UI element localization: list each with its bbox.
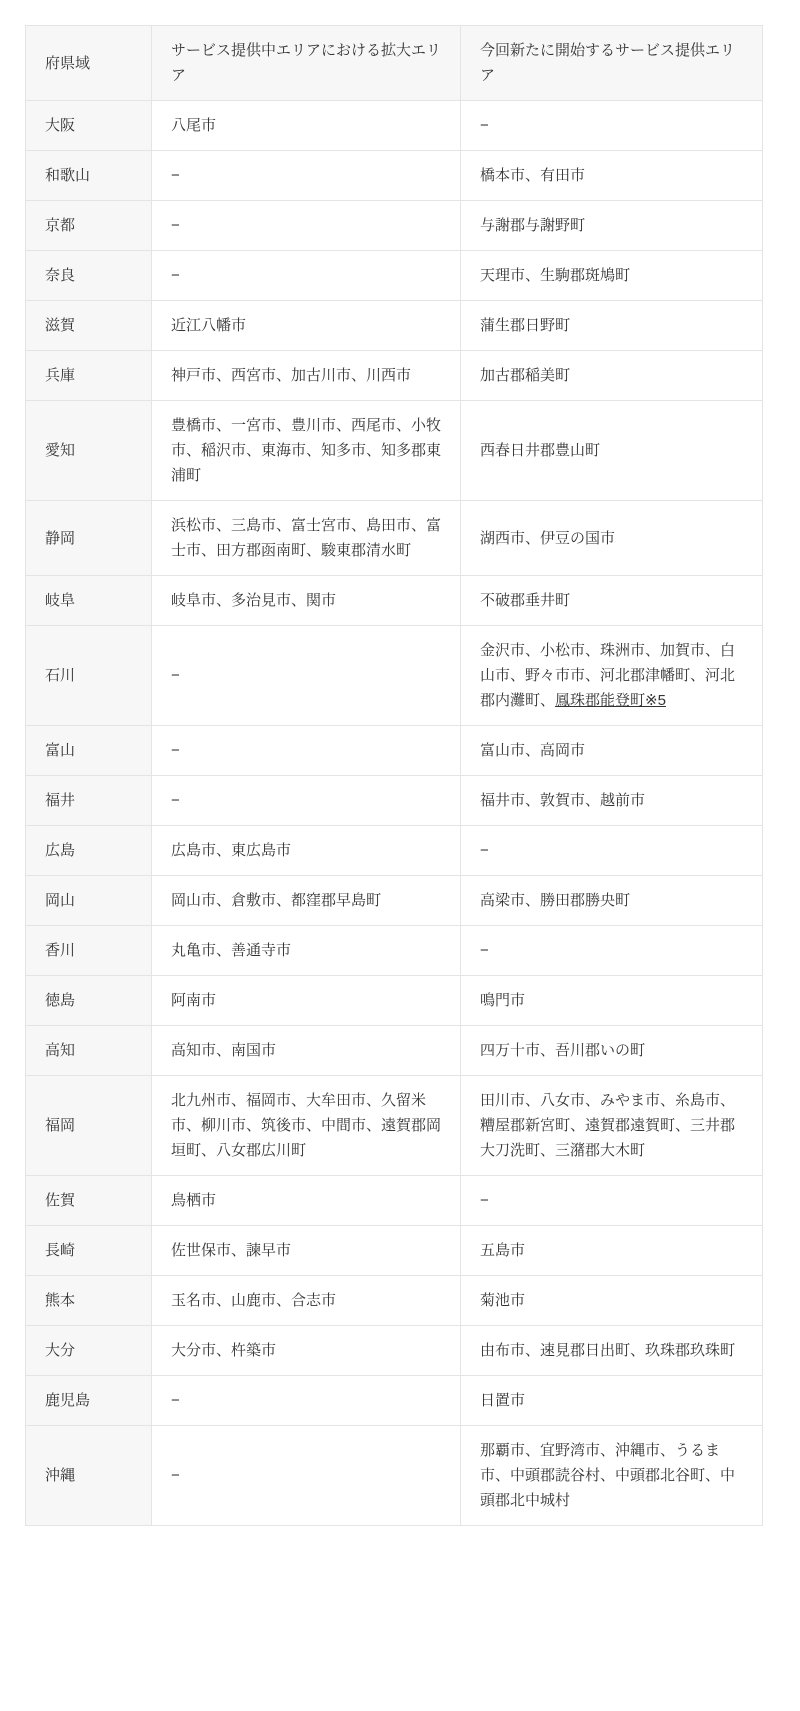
table-row: 富山−富山市、高岡市 bbox=[26, 726, 763, 776]
new-area-text: 天理市、生駒郡斑鳩町 bbox=[480, 267, 630, 284]
expansion-area-cell: 玉名市、山鹿市、合志市 bbox=[152, 1276, 461, 1326]
expansion-area-text: 八尾市 bbox=[171, 117, 216, 134]
new-area-text: 西春日井郡豊山町 bbox=[480, 442, 600, 459]
expansion-area-cell: − bbox=[152, 776, 461, 826]
expansion-area-text: 豊橋市、一宮市、豊川市、西尾市、小牧市、稲沢市、東海市、知多市、知多郡東浦町 bbox=[171, 417, 441, 484]
header-new-area: 今回新たに開始するサービス提供エリア bbox=[461, 26, 763, 101]
header-expansion-area: サービス提供中エリアにおける拡大エリア bbox=[152, 26, 461, 101]
expansion-area-text: 神戸市、西宮市、加古川市、川西市 bbox=[171, 367, 411, 384]
expansion-area-cell: − bbox=[152, 1426, 461, 1526]
expansion-area-cell: 八尾市 bbox=[152, 101, 461, 151]
new-area-cell: − bbox=[461, 926, 763, 976]
new-area-cell: 四万十市、吾川郡いの町 bbox=[461, 1026, 763, 1076]
new-area-text: 与謝郡与謝野町 bbox=[480, 217, 585, 234]
prefecture-cell: 高知 bbox=[26, 1026, 152, 1076]
expansion-area-cell: − bbox=[152, 1376, 461, 1426]
expansion-area-text: 近江八幡市 bbox=[171, 317, 246, 334]
expansion-area-cell: − bbox=[152, 201, 461, 251]
expansion-area-text: 大分市、杵築市 bbox=[171, 1342, 276, 1359]
expansion-area-cell: 大分市、杵築市 bbox=[152, 1326, 461, 1376]
header-row: 府県域 サービス提供中エリアにおける拡大エリア 今回新たに開始するサービス提供エ… bbox=[26, 26, 763, 101]
new-area-cell: 加古郡稲美町 bbox=[461, 351, 763, 401]
new-area-text: 鳴門市 bbox=[480, 992, 525, 1009]
prefecture-cell: 岡山 bbox=[26, 876, 152, 926]
prefecture-cell: 岐阜 bbox=[26, 576, 152, 626]
table-row: 奈良−天理市、生駒郡斑鳩町 bbox=[26, 251, 763, 301]
new-area-text: 日置市 bbox=[480, 1392, 525, 1409]
new-area-cell: 湖西市、伊豆の国市 bbox=[461, 501, 763, 576]
new-area-cell: 高梁市、勝田郡勝央町 bbox=[461, 876, 763, 926]
prefecture-cell: 和歌山 bbox=[26, 151, 152, 201]
expansion-area-text: 広島市、東広島市 bbox=[171, 842, 291, 859]
table-row: 大阪八尾市− bbox=[26, 101, 763, 151]
prefecture-cell: 福岡 bbox=[26, 1076, 152, 1176]
expansion-area-cell: 近江八幡市 bbox=[152, 301, 461, 351]
prefecture-cell: 静岡 bbox=[26, 501, 152, 576]
new-area-text: 湖西市、伊豆の国市 bbox=[480, 530, 615, 547]
expansion-area-cell: 豊橋市、一宮市、豊川市、西尾市、小牧市、稲沢市、東海市、知多市、知多郡東浦町 bbox=[152, 401, 461, 501]
prefecture-cell: 大阪 bbox=[26, 101, 152, 151]
new-area-cell: 天理市、生駒郡斑鳩町 bbox=[461, 251, 763, 301]
new-area-cell: 由布市、速見郡日出町、玖珠郡玖珠町 bbox=[461, 1326, 763, 1376]
prefecture-label: 滋賀 bbox=[45, 317, 75, 334]
new-area-cell: 菊池市 bbox=[461, 1276, 763, 1326]
expansion-area-text: − bbox=[171, 217, 180, 234]
table-row: 香川丸亀市、善通寺市− bbox=[26, 926, 763, 976]
prefecture-label: 高知 bbox=[45, 1042, 75, 1059]
prefecture-label: 熊本 bbox=[45, 1292, 75, 1309]
table-row: 沖縄−那覇市、宜野湾市、沖縄市、うるま市、中頭郡読谷村、中頭郡北谷町、中頭郡北中… bbox=[26, 1426, 763, 1526]
new-area-text: 高梁市、勝田郡勝央町 bbox=[480, 892, 630, 909]
new-area-cell: 那覇市、宜野湾市、沖縄市、うるま市、中頭郡読谷村、中頭郡北谷町、中頭郡北中城村 bbox=[461, 1426, 763, 1526]
prefecture-label: 岐阜 bbox=[45, 592, 75, 609]
new-area-cell: 橋本市、有田市 bbox=[461, 151, 763, 201]
prefecture-cell: 沖縄 bbox=[26, 1426, 152, 1526]
table-row: 大分大分市、杵築市由布市、速見郡日出町、玖珠郡玖珠町 bbox=[26, 1326, 763, 1376]
new-area-text: 橋本市、有田市 bbox=[480, 167, 585, 184]
new-area-cell: 日置市 bbox=[461, 1376, 763, 1426]
expansion-area-cell: 高知市、南国市 bbox=[152, 1026, 461, 1076]
table-row: 兵庫神戸市、西宮市、加古川市、川西市加古郡稲美町 bbox=[26, 351, 763, 401]
expansion-area-text: 高知市、南国市 bbox=[171, 1042, 276, 1059]
new-area-text: 菊池市 bbox=[480, 1292, 525, 1309]
expansion-area-text: 佐世保市、諫早市 bbox=[171, 1242, 291, 1259]
new-area-text: 田川市、八女市、みやま市、糸島市、糟屋郡新宮町、遠賀郡遠賀町、三井郡大刀洗町、三… bbox=[480, 1092, 735, 1159]
new-area-text: − bbox=[480, 842, 489, 859]
expansion-area-text: − bbox=[171, 742, 180, 759]
prefecture-label: 愛知 bbox=[45, 442, 75, 459]
prefecture-label: 大阪 bbox=[45, 117, 75, 134]
prefecture-cell: 京都 bbox=[26, 201, 152, 251]
prefecture-cell: 愛知 bbox=[26, 401, 152, 501]
prefecture-label: 香川 bbox=[45, 942, 75, 959]
footnote-link[interactable]: 鳳珠郡能登町※5 bbox=[555, 692, 666, 709]
prefecture-cell: 徳島 bbox=[26, 976, 152, 1026]
expansion-area-text: − bbox=[171, 1392, 180, 1409]
expansion-area-text: 玉名市、山鹿市、合志市 bbox=[171, 1292, 336, 1309]
prefecture-label: 佐賀 bbox=[45, 1192, 75, 1209]
new-area-cell: 福井市、敦賀市、越前市 bbox=[461, 776, 763, 826]
prefecture-cell: 香川 bbox=[26, 926, 152, 976]
table-row: 石川−金沢市、小松市、珠洲市、加賀市、白山市、野々市市、河北郡津幡町、河北郡内灘… bbox=[26, 626, 763, 726]
table-row: 京都−与謝郡与謝野町 bbox=[26, 201, 763, 251]
table-row: 高知高知市、南国市四万十市、吾川郡いの町 bbox=[26, 1026, 763, 1076]
new-area-text: 富山市、高岡市 bbox=[480, 742, 585, 759]
table-header: 府県域 サービス提供中エリアにおける拡大エリア 今回新たに開始するサービス提供エ… bbox=[26, 26, 763, 101]
prefecture-cell: 滋賀 bbox=[26, 301, 152, 351]
prefecture-label: 和歌山 bbox=[45, 167, 90, 184]
expansion-area-cell: 広島市、東広島市 bbox=[152, 826, 461, 876]
prefecture-label: 富山 bbox=[45, 742, 75, 759]
prefecture-label: 岡山 bbox=[45, 892, 75, 909]
new-area-text: 福井市、敦賀市、越前市 bbox=[480, 792, 645, 809]
new-area-text: 五島市 bbox=[480, 1242, 525, 1259]
expansion-area-cell: − bbox=[152, 626, 461, 726]
header-prefecture: 府県域 bbox=[26, 26, 152, 101]
new-area-text: 四万十市、吾川郡いの町 bbox=[480, 1042, 645, 1059]
new-area-cell: − bbox=[461, 101, 763, 151]
new-area-cell: 金沢市、小松市、珠洲市、加賀市、白山市、野々市市、河北郡津幡町、河北郡内灘町、鳳… bbox=[461, 626, 763, 726]
expansion-area-text: − bbox=[171, 1467, 180, 1484]
table-row: 和歌山−橋本市、有田市 bbox=[26, 151, 763, 201]
new-area-text: − bbox=[480, 117, 489, 134]
new-area-text: 蒲生郡日野町 bbox=[480, 317, 570, 334]
prefecture-label: 福井 bbox=[45, 792, 75, 809]
new-area-cell: − bbox=[461, 826, 763, 876]
new-area-cell: − bbox=[461, 1176, 763, 1226]
expansion-area-cell: 北九州市、福岡市、大牟田市、久留米市、柳川市、筑後市、中間市、遠賀郡岡垣町、八女… bbox=[152, 1076, 461, 1176]
prefecture-cell: 鹿児島 bbox=[26, 1376, 152, 1426]
table-row: 広島広島市、東広島市− bbox=[26, 826, 763, 876]
table-row: 福岡北九州市、福岡市、大牟田市、久留米市、柳川市、筑後市、中間市、遠賀郡岡垣町、… bbox=[26, 1076, 763, 1176]
prefecture-label: 石川 bbox=[45, 667, 75, 684]
expansion-area-text: − bbox=[171, 792, 180, 809]
prefecture-cell: 大分 bbox=[26, 1326, 152, 1376]
prefecture-label: 奈良 bbox=[45, 267, 75, 284]
prefecture-label: 京都 bbox=[45, 217, 75, 234]
new-area-text: − bbox=[480, 942, 489, 959]
new-area-cell: 蒲生郡日野町 bbox=[461, 301, 763, 351]
expansion-area-text: 岐阜市、多治見市、関市 bbox=[171, 592, 336, 609]
table-row: 福井−福井市、敦賀市、越前市 bbox=[26, 776, 763, 826]
expansion-area-cell: 鳥栖市 bbox=[152, 1176, 461, 1226]
expansion-area-cell: − bbox=[152, 251, 461, 301]
expansion-area-text: − bbox=[171, 267, 180, 284]
expansion-area-cell: 浜松市、三島市、富士宮市、島田市、富士市、田方郡函南町、駿東郡清水町 bbox=[152, 501, 461, 576]
expansion-area-cell: − bbox=[152, 151, 461, 201]
expansion-area-cell: 岡山市、倉敷市、都窪郡早島町 bbox=[152, 876, 461, 926]
expansion-area-text: 阿南市 bbox=[171, 992, 216, 1009]
table-row: 静岡浜松市、三島市、富士宮市、島田市、富士市、田方郡函南町、駿東郡清水町湖西市、… bbox=[26, 501, 763, 576]
prefecture-cell: 富山 bbox=[26, 726, 152, 776]
prefecture-cell: 奈良 bbox=[26, 251, 152, 301]
prefecture-label: 大分 bbox=[45, 1342, 75, 1359]
table-row: 愛知豊橋市、一宮市、豊川市、西尾市、小牧市、稲沢市、東海市、知多市、知多郡東浦町… bbox=[26, 401, 763, 501]
table-row: 滋賀近江八幡市蒲生郡日野町 bbox=[26, 301, 763, 351]
expansion-area-text: − bbox=[171, 167, 180, 184]
expansion-area-text: 北九州市、福岡市、大牟田市、久留米市、柳川市、筑後市、中間市、遠賀郡岡垣町、八女… bbox=[171, 1092, 441, 1159]
expansion-area-cell: 阿南市 bbox=[152, 976, 461, 1026]
table-row: 徳島阿南市鳴門市 bbox=[26, 976, 763, 1026]
new-area-text: 不破郡垂井町 bbox=[480, 592, 570, 609]
expansion-area-text: 鳥栖市 bbox=[171, 1192, 216, 1209]
prefecture-cell: 石川 bbox=[26, 626, 152, 726]
service-area-table: 府県域 サービス提供中エリアにおける拡大エリア 今回新たに開始するサービス提供エ… bbox=[25, 25, 763, 1526]
expansion-area-cell: 神戸市、西宮市、加古川市、川西市 bbox=[152, 351, 461, 401]
prefecture-cell: 兵庫 bbox=[26, 351, 152, 401]
page: 府県域 サービス提供中エリアにおける拡大エリア 今回新たに開始するサービス提供エ… bbox=[0, 0, 800, 1566]
prefecture-cell: 長崎 bbox=[26, 1226, 152, 1276]
table-row: 佐賀鳥栖市− bbox=[26, 1176, 763, 1226]
table-body: 大阪八尾市−和歌山−橋本市、有田市京都−与謝郡与謝野町奈良−天理市、生駒郡斑鳩町… bbox=[26, 101, 763, 1526]
expansion-area-cell: 岐阜市、多治見市、関市 bbox=[152, 576, 461, 626]
new-area-cell: 五島市 bbox=[461, 1226, 763, 1276]
prefecture-label: 長崎 bbox=[45, 1242, 75, 1259]
table-row: 岡山岡山市、倉敷市、都窪郡早島町高梁市、勝田郡勝央町 bbox=[26, 876, 763, 926]
table-row: 鹿児島−日置市 bbox=[26, 1376, 763, 1426]
prefecture-cell: 福井 bbox=[26, 776, 152, 826]
new-area-cell: 富山市、高岡市 bbox=[461, 726, 763, 776]
prefecture-cell: 熊本 bbox=[26, 1276, 152, 1326]
new-area-cell: 不破郡垂井町 bbox=[461, 576, 763, 626]
expansion-area-cell: 佐世保市、諫早市 bbox=[152, 1226, 461, 1276]
new-area-text: 加古郡稲美町 bbox=[480, 367, 570, 384]
expansion-area-cell: − bbox=[152, 726, 461, 776]
new-area-text: 那覇市、宜野湾市、沖縄市、うるま市、中頭郡読谷村、中頭郡北谷町、中頭郡北中城村 bbox=[480, 1442, 735, 1509]
expansion-area-text: − bbox=[171, 667, 180, 684]
prefecture-label: 鹿児島 bbox=[45, 1392, 90, 1409]
table-row: 熊本玉名市、山鹿市、合志市菊池市 bbox=[26, 1276, 763, 1326]
prefecture-label: 兵庫 bbox=[45, 367, 75, 384]
prefecture-label: 広島 bbox=[45, 842, 75, 859]
prefecture-cell: 佐賀 bbox=[26, 1176, 152, 1226]
prefecture-cell: 広島 bbox=[26, 826, 152, 876]
prefecture-label: 静岡 bbox=[45, 530, 75, 547]
expansion-area-text: 浜松市、三島市、富士宮市、島田市、富士市、田方郡函南町、駿東郡清水町 bbox=[171, 517, 441, 559]
new-area-text: 由布市、速見郡日出町、玖珠郡玖珠町 bbox=[480, 1342, 735, 1359]
prefecture-label: 福岡 bbox=[45, 1117, 75, 1134]
expansion-area-text: 丸亀市、善通寺市 bbox=[171, 942, 291, 959]
new-area-cell: 西春日井郡豊山町 bbox=[461, 401, 763, 501]
prefecture-label: 徳島 bbox=[45, 992, 75, 1009]
new-area-cell: 田川市、八女市、みやま市、糸島市、糟屋郡新宮町、遠賀郡遠賀町、三井郡大刀洗町、三… bbox=[461, 1076, 763, 1176]
table-row: 岐阜岐阜市、多治見市、関市不破郡垂井町 bbox=[26, 576, 763, 626]
expansion-area-text: 岡山市、倉敷市、都窪郡早島町 bbox=[171, 892, 381, 909]
new-area-cell: 与謝郡与謝野町 bbox=[461, 201, 763, 251]
new-area-text: − bbox=[480, 1192, 489, 1209]
new-area-cell: 鳴門市 bbox=[461, 976, 763, 1026]
prefecture-label: 沖縄 bbox=[45, 1467, 75, 1484]
expansion-area-cell: 丸亀市、善通寺市 bbox=[152, 926, 461, 976]
table-row: 長崎佐世保市、諫早市五島市 bbox=[26, 1226, 763, 1276]
